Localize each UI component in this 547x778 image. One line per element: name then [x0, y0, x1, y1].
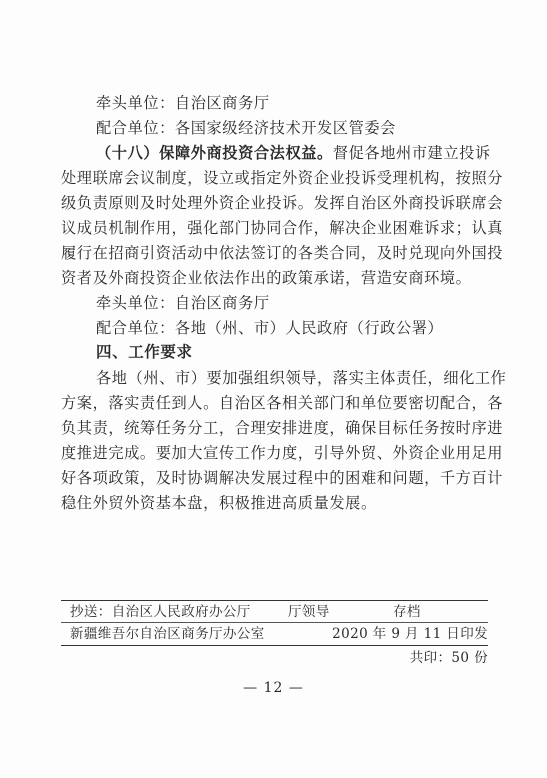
section-4-line: 各地（州、市）要加强组织领导，落实主体责任，细化工作	[96, 366, 489, 391]
section-18-line: 处理联席会议制度，设立或指定外资企业投诉受理机构，按照分	[61, 166, 489, 191]
cc-line: 抄送：自治区人民政府办公厅	[70, 602, 251, 622]
section-4-line: 方案，落实责任到人。自治区各相关部门和单位要密切配合，各	[61, 391, 489, 416]
issue-date: 2020 年 9 月 11 日印发	[332, 624, 488, 644]
section-4-heading: 四、工作要求	[96, 340, 489, 365]
cc-label: 抄送：	[70, 604, 112, 620]
section-18-first-line: （十八）保障外商投资合法权益。督促各地州市建立投诉	[96, 141, 489, 166]
page-number: — 12 —	[0, 680, 547, 696]
footer-mid-rule	[61, 622, 488, 623]
coop-unit-line-17: 配合单位：各国家级经济技术开发区管委会	[96, 116, 489, 141]
section-4-line: 稳住外贸外资基本盘，积极推进高质量发展。	[61, 491, 489, 516]
section-4-line: 度推进完成。要加大宣传工作力度，引导外贸、外资企业用足用	[61, 441, 489, 466]
document-page: 牵头单位：自治区商务厅 配合单位：各国家级经济技术开发区管委会 （十八）保障外商…	[0, 0, 547, 778]
lead-unit-line-18: 牵头单位：自治区商务厅	[96, 291, 489, 316]
footer-bottom-rule	[61, 645, 488, 646]
section-18-line: 资者及外商投资企业依法作出的政策承诺，营造安商环境。	[61, 266, 489, 291]
section-18-number: （十八）	[96, 144, 159, 162]
issuer: 新疆维吾尔自治区商务厅办公室	[70, 624, 265, 644]
section-18-line: 履行在招商引资活动中依法签订的各类合同，及时兑现向外国投	[61, 241, 489, 266]
cc-recipient: 厅领导	[288, 602, 330, 622]
lead-unit-line-17: 牵头单位：自治区商务厅	[96, 91, 489, 116]
cc-recipient: 存档	[393, 602, 421, 622]
section-18-title: 保障外商投资合法权益。	[159, 144, 333, 162]
copies-count: 共印：50 份	[410, 648, 488, 668]
cc-recipient: 自治区人民政府办公厅	[112, 604, 251, 620]
section-18-text: 督促各地州市建立投诉	[333, 144, 491, 162]
section-4-line: 好各项政策，及时协调解决发展过程中的困难和问题，千方百计	[61, 466, 489, 491]
coop-unit-line-18: 配合单位：各地（州、市）人民政府（行政公署）	[96, 316, 489, 341]
section-4-line: 负其责，统筹任务分工，合理安排进度，确保目标任务按时序进	[61, 416, 489, 441]
section-18-line: 级负责原则及时处理外资企业投诉。发挥自治区外商投诉联席会	[61, 191, 489, 216]
section-18-line: 议成员机制作用，强化部门协同合作，解决企业困难诉求；认真	[61, 216, 489, 241]
